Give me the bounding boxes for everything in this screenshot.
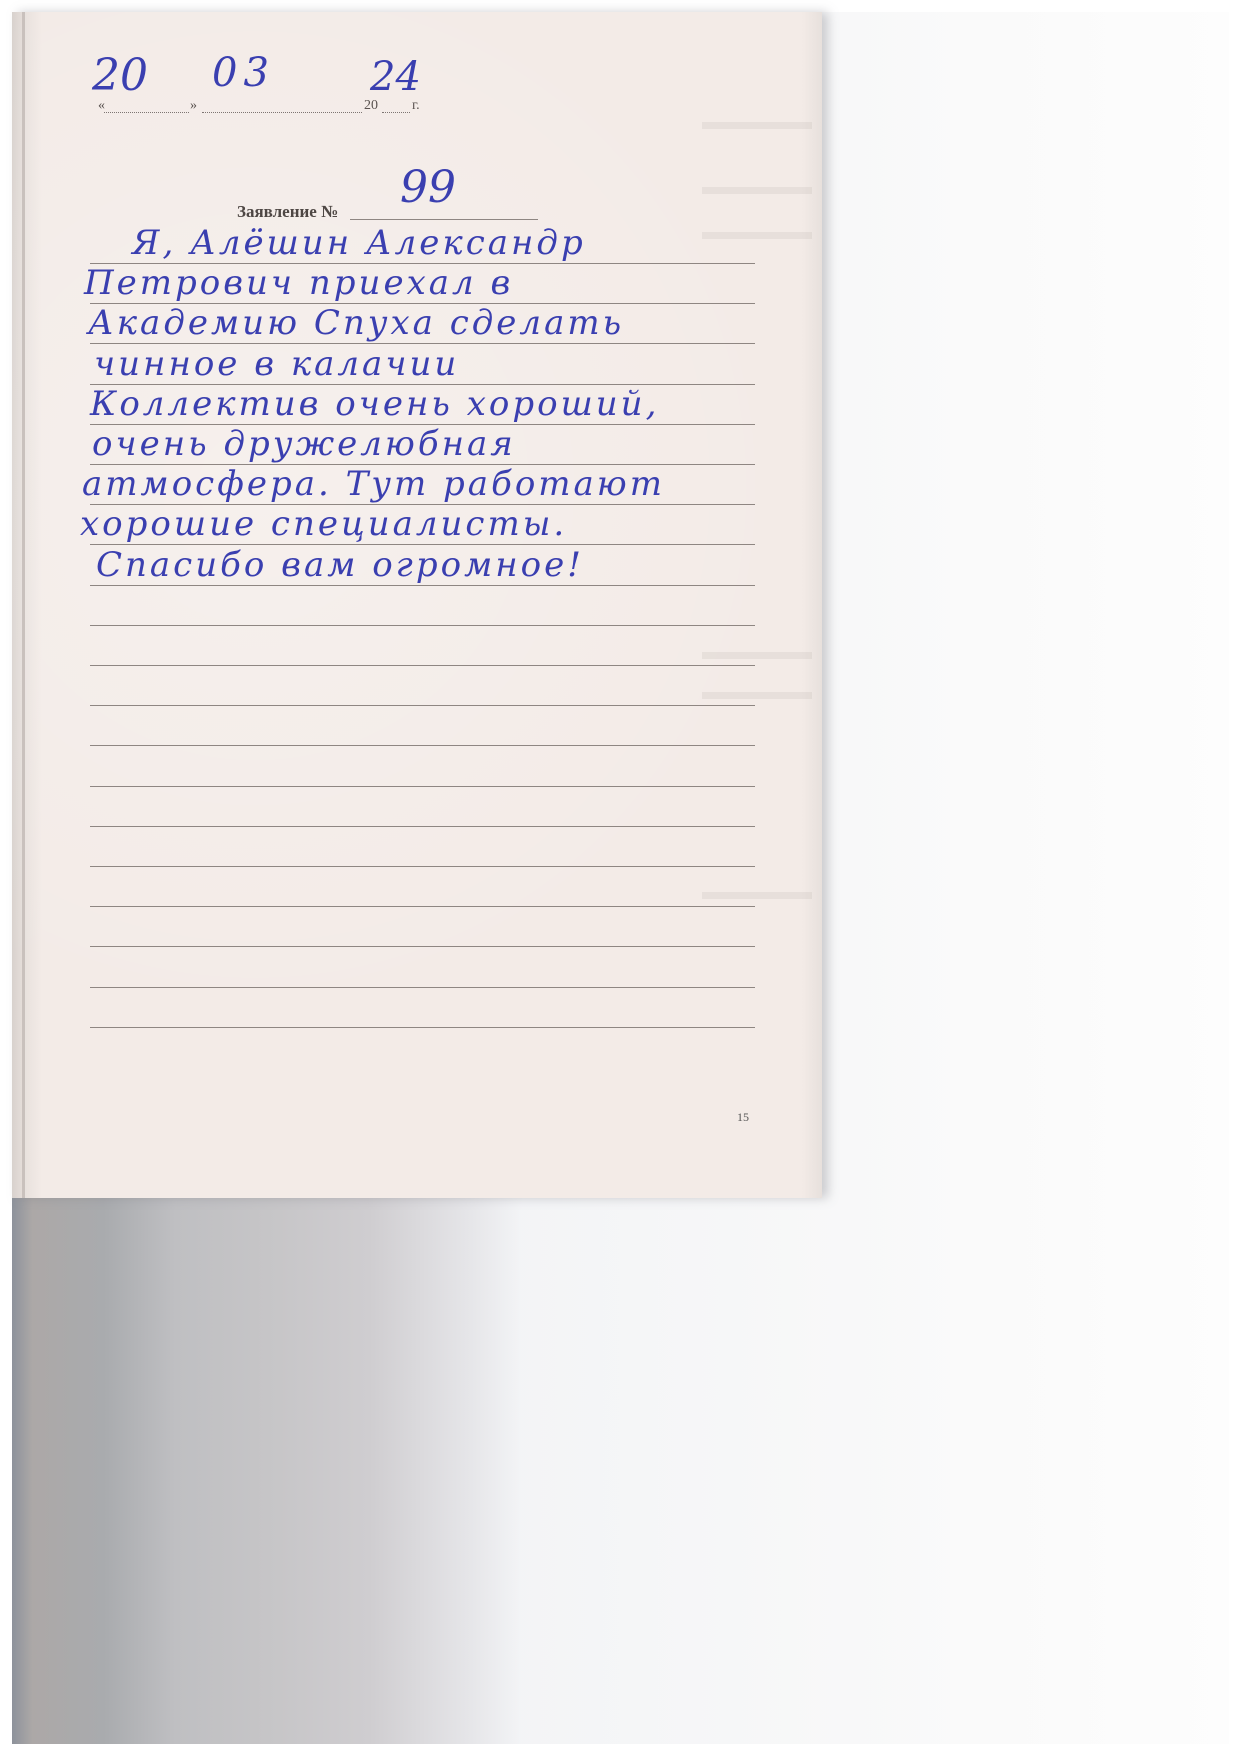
show-through-text [702,232,812,239]
show-through-text [702,122,812,129]
ruled-line [90,786,755,787]
handwritten-month: 03 [212,50,275,96]
handwritten-line: Академию Спуха сделать [88,303,624,343]
handwritten-line: хорошие специалисты. [80,504,567,544]
statement-title: Заявление № [237,202,338,222]
ruled-line [90,1027,755,1028]
form-page: « » 20 г. 20 03 24 Заявление № 99 Я, Алё… [12,12,822,1198]
ruled-line [90,745,755,746]
ruled-line [90,625,755,626]
handwritten-line: Спасибо вам огромное! [96,545,584,585]
ruled-line [90,585,755,586]
date-month-line [202,112,362,113]
ruled-line [90,946,755,947]
handwritten-line: атмосфера. Тут работают [82,464,665,504]
ruled-line [90,665,755,666]
handwritten-line: Коллектив очень хороший, [90,384,659,424]
handwritten-year: 24 [370,54,421,100]
show-through-text [702,652,812,659]
statement-number: 99 [400,162,456,213]
handwritten-line: очень дружелюбная [92,424,516,464]
show-through-text [702,892,812,899]
page-number: 15 [737,1110,749,1125]
page-spine [22,12,25,1198]
handwritten-line: чинное в калачии [94,344,459,384]
ruled-line [90,987,755,988]
date-year-line [382,112,410,113]
ruled-line [90,705,755,706]
date-day-line [104,112,189,113]
ruled-line [90,826,755,827]
scanner-shadow [12,1198,522,1744]
handwritten-line: Я, Алёшин Александр [132,223,586,263]
date-year-suffix: г. [412,98,420,114]
show-through-text [702,187,812,194]
handwritten-day: 20 [92,50,148,101]
ruled-line [90,906,755,907]
date-year-prefix: 20 [364,98,378,114]
ruled-line [90,866,755,867]
show-through-text [702,692,812,699]
date-close-quote: » [190,98,197,114]
handwritten-line: Петрович приехал в [84,263,513,303]
statement-number-line [350,219,538,220]
